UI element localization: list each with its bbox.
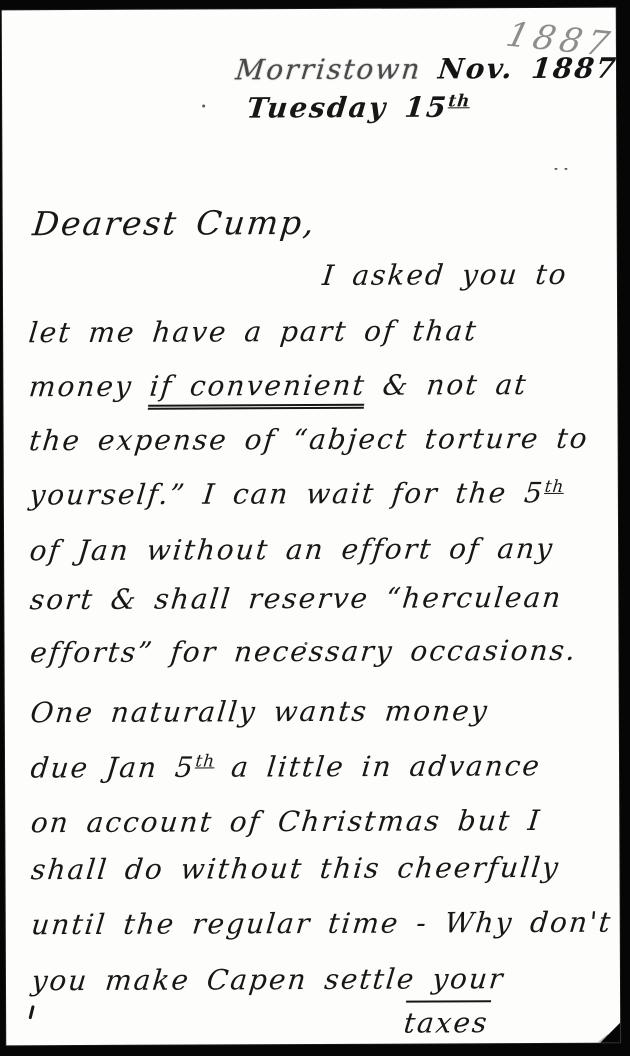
letter-line: due Jan 5th a little in advance: [29, 749, 543, 785]
emphasized-phrase: if convenient: [147, 369, 367, 410]
letter-line: efforts” for necessary occasions.: [29, 634, 579, 669]
letter-line-segment: due Jan 5: [29, 751, 196, 785]
letter-line: let me have a part of that: [27, 314, 479, 349]
letter-line: until the regular time - Why don't: [30, 906, 614, 942]
letter-line: shall do without this cheerfully: [30, 851, 562, 886]
letter-line: I asked you to: [321, 258, 569, 292]
letter-line: of Jan without an effort of any: [28, 532, 556, 567]
letter-line-segment: yourself.” I can wait for the 5: [28, 476, 546, 511]
dateline-date: Nov. 1887: [437, 52, 619, 86]
scan-speck: [305, 642, 308, 645]
letter-line: taxes: [402, 1006, 490, 1039]
letter-line: yourself.” I can wait for the 5th: [28, 476, 566, 512]
letter-line: money if convenient & not at: [27, 368, 529, 403]
dateline-day: Tuesday 15th: [245, 90, 471, 124]
dateline: Morristown Nov. 1887: [234, 52, 619, 87]
letter-line-segment: a little in advance: [213, 749, 543, 783]
stray-ink-mark: [28, 1005, 34, 1019]
letter-line: One naturally wants money: [29, 694, 491, 729]
ordinal-suffix: th: [195, 750, 217, 770]
letter-line-segment: & not at: [364, 368, 529, 402]
ordinal-suffix: th: [544, 476, 566, 496]
scan-frame: 1887 Morristown Nov. 1887 Tuesday 15th D…: [0, 0, 630, 1056]
scan-speck: [564, 168, 567, 170]
letter-line-segment: taxes: [402, 1000, 491, 1039]
letter-line: the expense of “abject torture to: [28, 422, 591, 457]
scan-speck: [202, 104, 205, 107]
letter-line-segment: money: [27, 370, 151, 404]
dateline-day-text: Tuesday 15: [245, 91, 449, 125]
dateline-place: Morristown: [234, 53, 423, 87]
scan-speck: [554, 168, 557, 170]
folded-corner: [599, 1022, 620, 1044]
ordinal-suffix: th: [447, 90, 471, 110]
letter-line: sort & shall reserve “herculean: [28, 581, 564, 616]
letter-line: on account of Christmas but I: [29, 804, 542, 839]
salutation: Dearest Cump,: [31, 203, 318, 243]
letter-line: you make Capen settle your: [30, 962, 506, 997]
letter-page: 1887 Morristown Nov. 1887 Tuesday 15th D…: [2, 8, 621, 1046]
